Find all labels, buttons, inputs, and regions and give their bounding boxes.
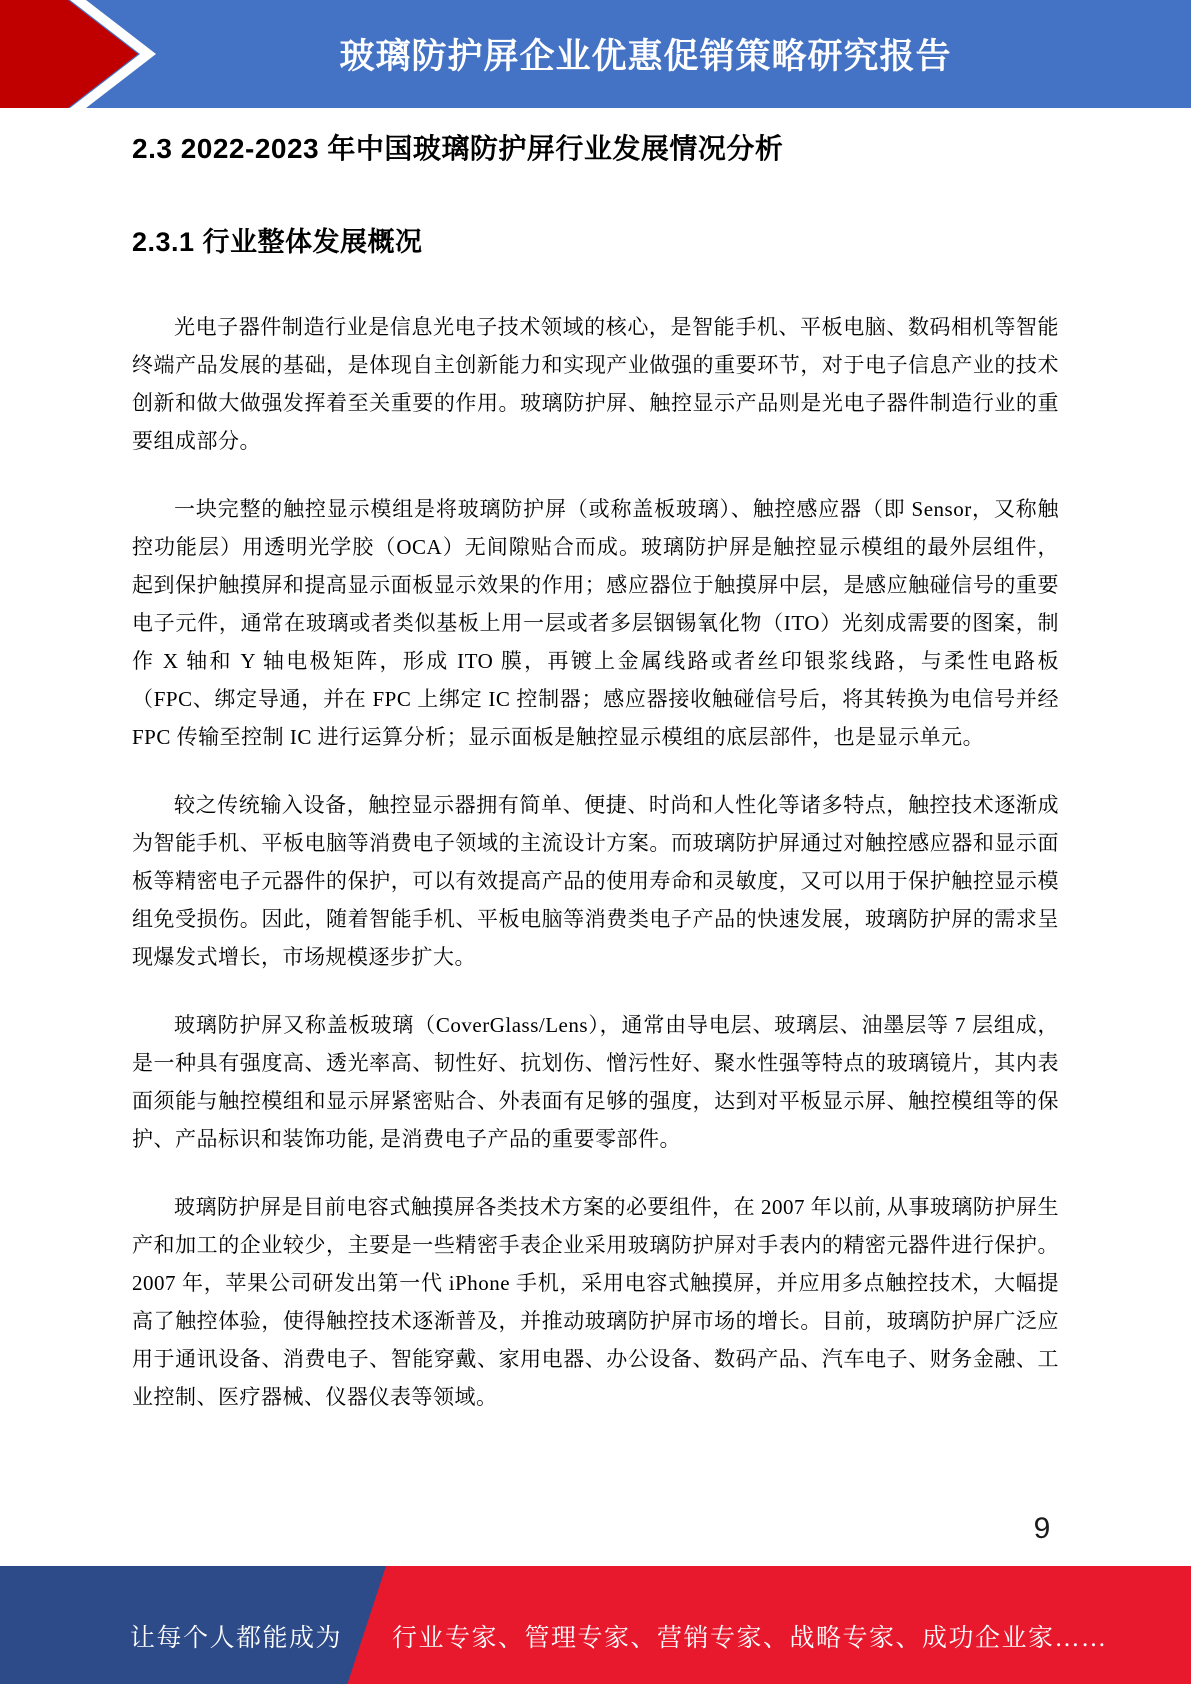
report-page: 玻璃防护屏企业优惠促销策略研究报告 2.3 2022-2023 年中国玻璃防护屏… — [0, 0, 1191, 1684]
body-paragraph-2: 一块完整的触控显示模组是将玻璃防护屏（或称盖板玻璃）、触控感应器（即 Senso… — [132, 490, 1059, 756]
footer-experts-text: 行业专家、管理专家、营销专家、战略专家、成功企业家…… — [392, 1596, 1108, 1654]
report-title: 玻璃防护屏企业优惠促销策略研究报告 — [160, 0, 1131, 108]
body-paragraph-4: 玻璃防护屏又称盖板玻璃（CoverGlass/Lens），通常由导电层、玻璃层、… — [132, 1006, 1059, 1158]
body-paragraph-5: 玻璃防护屏是目前电容式触摸屏各类技术方案的必要组件，在 2007 年以前, 从事… — [132, 1188, 1059, 1416]
page-footer: 行业专家、管理专家、营销专家、战略专家、成功企业家…… 让每个人都能成为 — [0, 1566, 1191, 1684]
section-heading: 2.3 2022-2023 年中国玻璃防护屏行业发展情况分析 — [132, 132, 1059, 166]
page-number: 9 — [1012, 1512, 1072, 1546]
body-paragraph-3: 较之传统输入设备，触控显示器拥有简单、便捷、时尚和人性化等诸多特点，触控技术逐渐… — [132, 786, 1059, 976]
page-header: 玻璃防护屏企业优惠促销策略研究报告 — [0, 0, 1191, 108]
red-chevron-arrow-icon — [0, 0, 160, 108]
footer-slogan-text: 让每个人都能成为 — [130, 1596, 342, 1654]
subsection-heading: 2.3.1 行业整体发展概况 — [132, 226, 1059, 258]
document-body: 2.3 2022-2023 年中国玻璃防护屏行业发展情况分析 2.3.1 行业整… — [0, 108, 1191, 1416]
body-paragraph-1: 光电子器件制造行业是信息光电子技术领域的核心，是智能手机、平板电脑、数码相机等智… — [132, 308, 1059, 460]
footer-blue-band: 让每个人都能成为 — [0, 1566, 386, 1684]
